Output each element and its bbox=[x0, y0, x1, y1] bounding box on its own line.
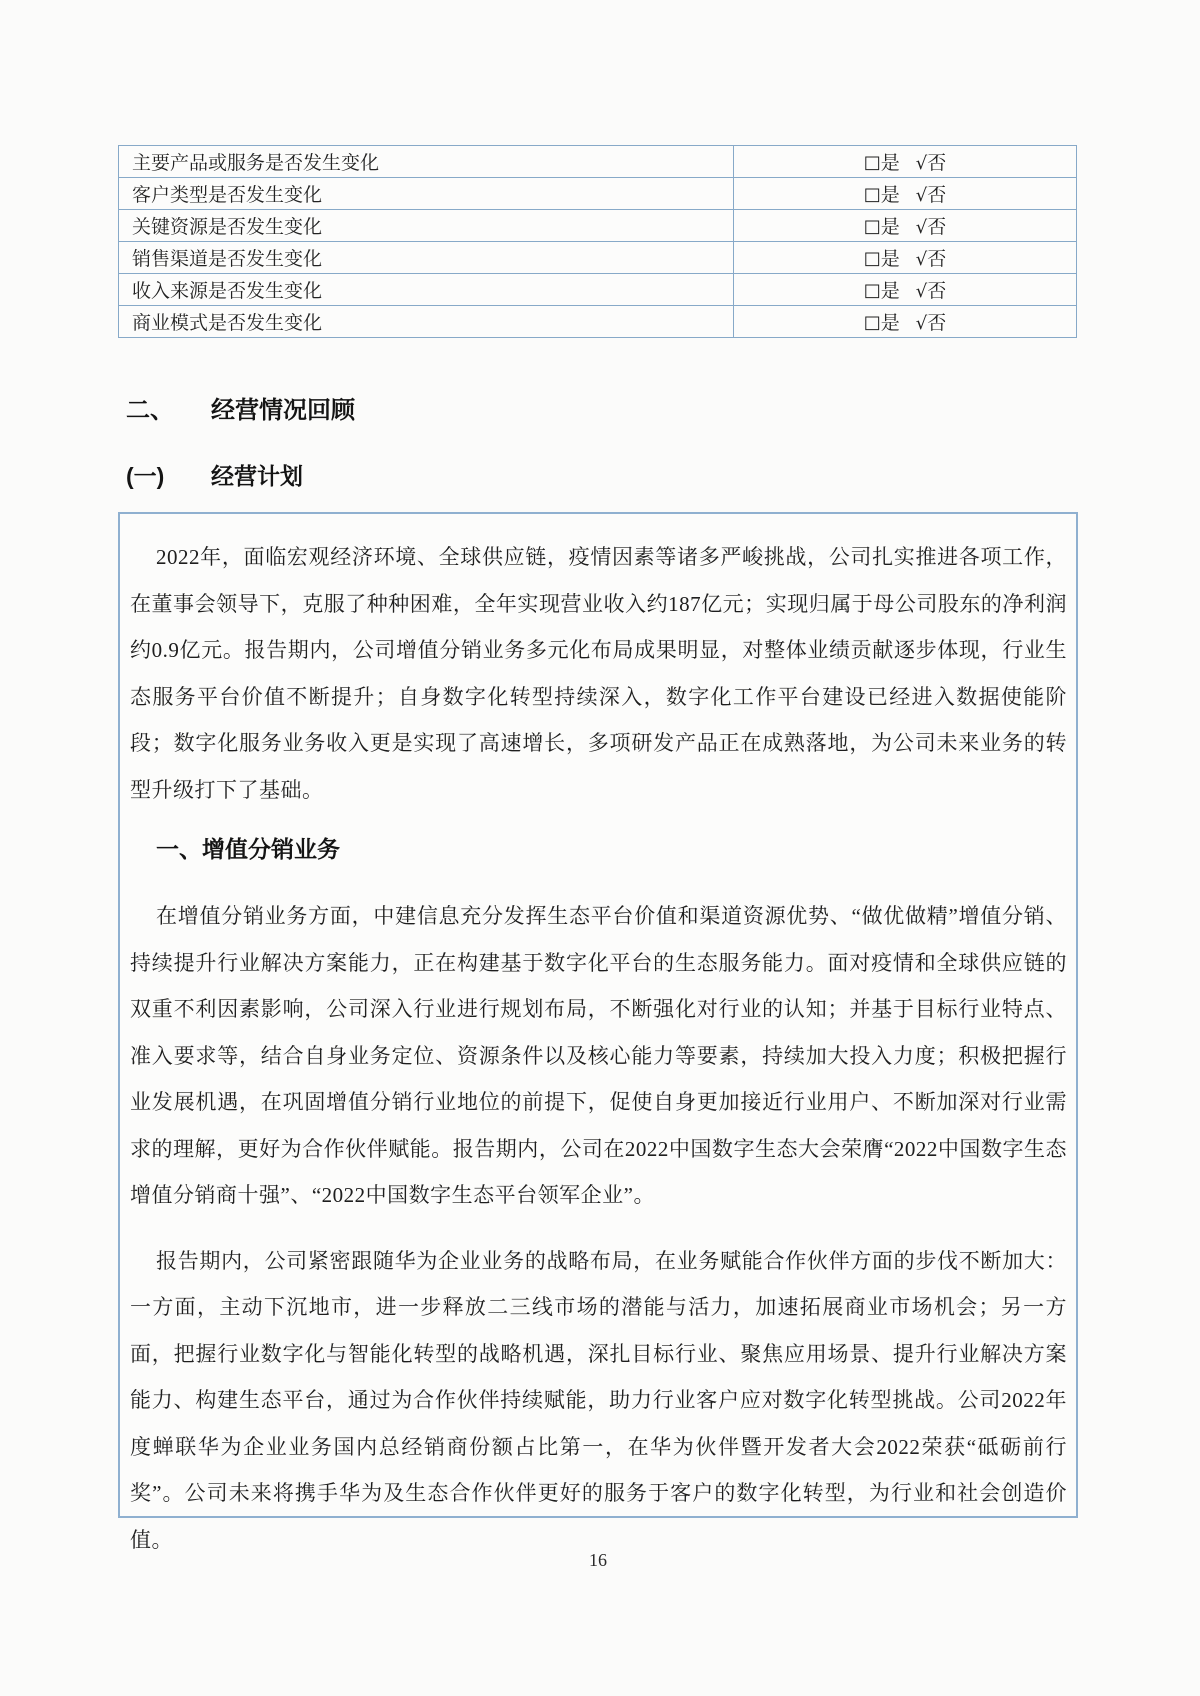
check-icon: √ bbox=[916, 217, 927, 238]
no-label: 否 bbox=[927, 281, 946, 302]
business-review-box: 2022年，面临宏观经济环境、全球供应链，疫情因素等诸多严峻挑战，公司扎实推进各… bbox=[118, 512, 1078, 1518]
checkbox-unchecked-icon: □ bbox=[864, 216, 881, 237]
no-label: 否 bbox=[927, 217, 946, 238]
change-question: 销售渠道是否发生变化 bbox=[119, 242, 734, 274]
change-answer: □是√否 bbox=[734, 146, 1077, 178]
page-number: 16 bbox=[118, 1550, 1078, 1571]
check-icon: √ bbox=[916, 153, 927, 174]
table-row: 收入来源是否发生变化 □是√否 bbox=[119, 274, 1077, 306]
yes-label: 是 bbox=[881, 313, 900, 334]
checkbox-unchecked-icon: □ bbox=[864, 184, 881, 205]
section-title: 经营计划 bbox=[211, 461, 303, 491]
change-answer: □是√否 bbox=[734, 210, 1077, 242]
change-answer: □是√否 bbox=[734, 274, 1077, 306]
checkbox-unchecked-icon: □ bbox=[864, 152, 881, 173]
document-page: 主要产品或服务是否发生变化 □是√否 客户类型是否发生变化 □是√否 关键资源是… bbox=[0, 0, 1200, 1696]
section-heading-operation-review: 二、 经营情况回顾 bbox=[126, 396, 355, 426]
change-answer: □是√否 bbox=[734, 242, 1077, 274]
no-label: 否 bbox=[927, 153, 946, 174]
change-question: 客户类型是否发生变化 bbox=[119, 178, 734, 210]
no-label: 否 bbox=[927, 249, 946, 270]
change-question: 主要产品或服务是否发生变化 bbox=[119, 146, 734, 178]
table-row: 客户类型是否发生变化 □是√否 bbox=[119, 178, 1077, 210]
check-icon: √ bbox=[916, 313, 927, 334]
section-heading-operation-plan: (一) 经营计划 bbox=[126, 461, 303, 491]
checkbox-unchecked-icon: □ bbox=[864, 280, 881, 301]
no-label: 否 bbox=[927, 313, 946, 334]
table-row: 商业模式是否发生变化 □是√否 bbox=[119, 306, 1077, 338]
change-question: 商业模式是否发生变化 bbox=[119, 306, 734, 338]
yes-label: 是 bbox=[881, 281, 900, 302]
no-label: 否 bbox=[927, 185, 946, 206]
review-paragraph-2: 在增值分销业务方面，中建信息充分发挥生态平台价值和渠道资源优势、“做优做精”增值… bbox=[130, 893, 1067, 1219]
checkbox-unchecked-icon: □ bbox=[864, 312, 881, 333]
review-paragraph-3: 报告期内，公司紧密跟随华为企业业务的战略布局，在业务赋能合作伙伴方面的步伐不断加… bbox=[130, 1238, 1067, 1564]
change-question: 收入来源是否发生变化 bbox=[119, 274, 734, 306]
table-row: 主要产品或服务是否发生变化 □是√否 bbox=[119, 146, 1077, 178]
section-title: 经营情况回顾 bbox=[211, 396, 355, 426]
change-answer: □是√否 bbox=[734, 306, 1077, 338]
yes-label: 是 bbox=[881, 153, 900, 174]
business-change-table: 主要产品或服务是否发生变化 □是√否 客户类型是否发生变化 □是√否 关键资源是… bbox=[118, 145, 1077, 338]
yes-label: 是 bbox=[881, 249, 900, 270]
subsection-heading-distribution: 一、增值分销业务 bbox=[130, 833, 1067, 865]
review-paragraph-1: 2022年，面临宏观经济环境、全球供应链，疫情因素等诸多严峻挑战，公司扎实推进各… bbox=[130, 534, 1067, 813]
table-row: 销售渠道是否发生变化 □是√否 bbox=[119, 242, 1077, 274]
table-row: 关键资源是否发生变化 □是√否 bbox=[119, 210, 1077, 242]
check-icon: √ bbox=[916, 249, 927, 270]
change-answer: □是√否 bbox=[734, 178, 1077, 210]
section-number: 二、 bbox=[126, 396, 211, 426]
yes-label: 是 bbox=[881, 185, 900, 206]
yes-label: 是 bbox=[881, 217, 900, 238]
section-number: (一) bbox=[126, 461, 211, 491]
change-question: 关键资源是否发生变化 bbox=[119, 210, 734, 242]
checkbox-unchecked-icon: □ bbox=[864, 248, 881, 269]
check-icon: √ bbox=[916, 185, 927, 206]
check-icon: √ bbox=[916, 281, 927, 302]
